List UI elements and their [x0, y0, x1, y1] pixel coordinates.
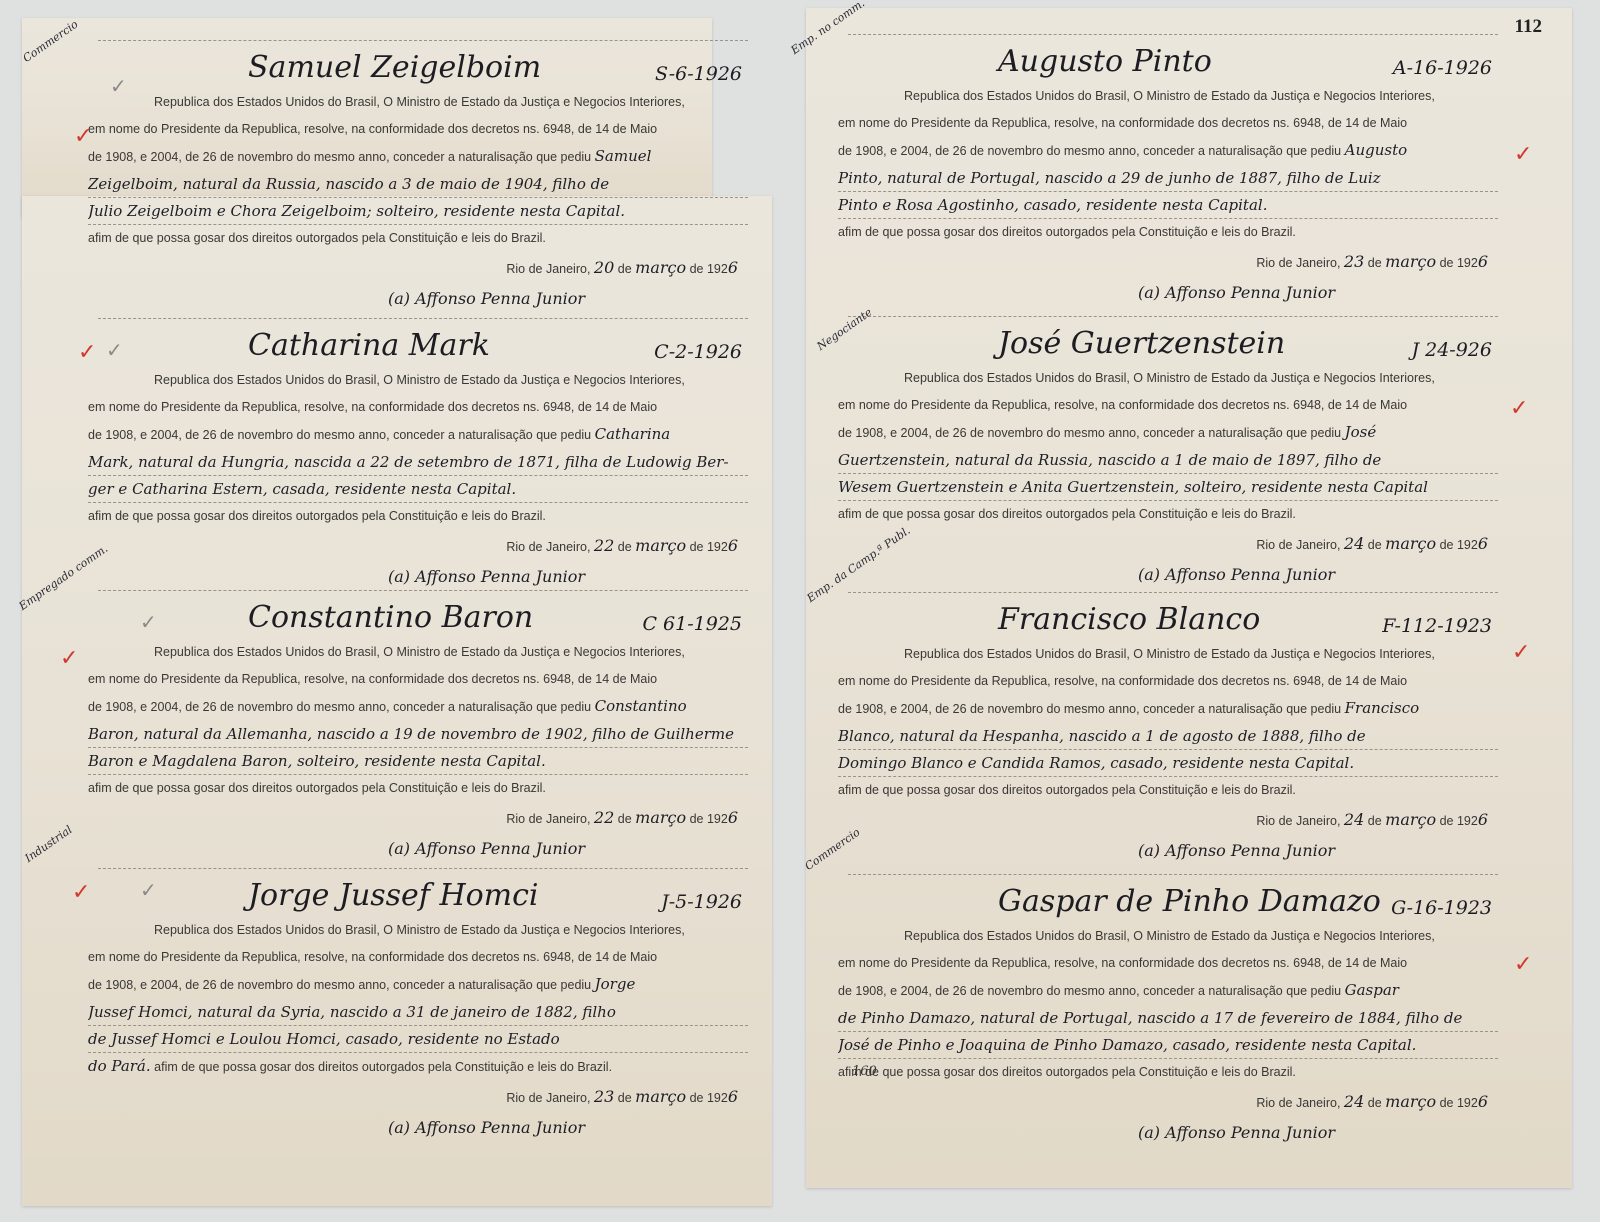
date-day: 24	[1344, 1092, 1364, 1111]
handwritten-details: Zeigelboim, natural da Russia, nascido a…	[88, 171, 748, 198]
decree-line-3: de 1908, e 2004, de 26 de novembro do me…	[88, 150, 591, 164]
handwritten-name: Catharina	[595, 425, 671, 443]
closing-line: afim de que possa gosar dos direitos out…	[88, 775, 748, 802]
red-check-icon: ✓	[1512, 640, 1530, 665]
file-code: A-16-1926	[1393, 57, 1492, 79]
decree-line-3: de 1908, e 2004, de 26 de novembro do me…	[838, 984, 1341, 998]
handwritten-details: de Pinho Damazo, natural de Portugal, na…	[838, 1005, 1498, 1032]
handwritten-name: Constantino	[595, 697, 687, 715]
decree-line-1: Republica dos Estados Unidos do Brasil, …	[88, 367, 748, 394]
red-check-icon: ✓	[74, 124, 92, 149]
handwritten-name: Jorge	[595, 975, 636, 993]
applicant-name: Samuel Zeigelboim	[248, 50, 541, 85]
closing-line: afim de que possa gosar dos direitos out…	[88, 503, 748, 530]
handwritten-details: Guertzenstein, natural da Russia, nascid…	[838, 447, 1498, 474]
date-line: Rio de Janeiro, 23 de março de 1926	[838, 248, 1498, 277]
decree-line-2: em nome do Presidente da Republica, reso…	[838, 110, 1498, 137]
decree-line-3: de 1908, e 2004, de 26 de novembro do me…	[838, 144, 1341, 158]
decree-line-2: em nome do Presidente da Republica, reso…	[88, 394, 748, 421]
signature: (a) Affonso Penna Junior	[388, 1114, 748, 1141]
pencil-check-icon: ✓	[140, 878, 157, 902]
signature: (a) Affonso Penna Junior	[1138, 279, 1498, 306]
file-code: J-5-1926	[661, 891, 742, 913]
applicant-name: Augusto Pinto	[998, 44, 1212, 79]
date-line: Rio de Janeiro, 22 de março de 1926	[88, 804, 748, 833]
applicant-name: Jorge Jussef Homci	[248, 878, 539, 913]
date-month: março	[1385, 534, 1436, 553]
closing-line: afim de que possa gosar dos direitos out…	[88, 225, 748, 252]
naturalization-entry: Gaspar de Pinho Damazo G-16-1923 Republi…	[838, 874, 1498, 1146]
handwritten-parents: Julio Zeigelboim e Chora Zeigelboim; sol…	[88, 198, 748, 225]
date-day: 22	[594, 808, 614, 827]
signature: (a) Affonso Penna Junior	[1138, 837, 1498, 864]
handwritten-parents: José de Pinho e Joaquina de Pinho Damazo…	[838, 1032, 1498, 1059]
handwritten-parents: Wesem Guertzenstein e Anita Guertzenstei…	[838, 474, 1498, 501]
date-month: março	[635, 536, 686, 555]
date-line: Rio de Janeiro, 23 de março de 1926	[88, 1083, 748, 1112]
applicant-name: José Guertzenstein	[998, 326, 1285, 361]
naturalization-entry: José Guertzenstein J 24-926 Republica do…	[838, 316, 1498, 588]
signature: (a) Affonso Penna Junior	[1138, 1119, 1498, 1146]
decree-line-2: em nome do Presidente da Republica, reso…	[838, 392, 1498, 419]
applicant-name: Catharina Mark	[248, 328, 490, 363]
date-month: março	[635, 258, 686, 277]
date-day: 23	[594, 1087, 614, 1106]
folio-stamp-number: 160	[852, 1064, 877, 1079]
signature: (a) Affonso Penna Junior	[388, 835, 748, 862]
decree-line-2: em nome do Presidente da Republica, reso…	[838, 950, 1498, 977]
red-check-icon: ✓	[1510, 396, 1528, 421]
file-code: C-2-1926	[654, 341, 742, 363]
signature: (a) Affonso Penna Junior	[388, 563, 748, 590]
date-month: março	[1385, 810, 1436, 829]
naturalization-entry: Francisco Blanco F-112-1923 Republica do…	[838, 592, 1498, 864]
decree-line-1: Republica dos Estados Unidos do Brasil, …	[88, 639, 748, 666]
date-line: Rio de Janeiro, 20 de março de 1926	[88, 254, 748, 283]
handwritten-parents: de Jussef Homci e Loulou Homci, casado, …	[88, 1026, 748, 1053]
handwritten-details: Pinto, natural de Portugal, nascido a 29…	[838, 165, 1498, 192]
date-month: março	[1385, 252, 1436, 271]
file-code: C 61-1925	[642, 613, 742, 635]
handwritten-name: Gaspar	[1345, 981, 1399, 999]
handwritten-name: Augusto	[1345, 141, 1408, 159]
decree-line-1: Republica dos Estados Unidos do Brasil, …	[838, 83, 1498, 110]
date-line: Rio de Janeiro, 24 de março de 1926	[838, 806, 1498, 835]
decree-line-3: de 1908, e 2004, de 26 de novembro do me…	[88, 978, 591, 992]
red-check-icon: ✓	[78, 340, 96, 365]
decree-line-3: de 1908, e 2004, de 26 de novembro do me…	[88, 700, 591, 714]
handwritten-parents: Pinto e Rosa Agostinho, casado, resident…	[838, 192, 1498, 219]
handwritten-name: Samuel	[595, 147, 652, 165]
pencil-check-icon: ✓	[106, 338, 123, 362]
decree-line-1: Republica dos Estados Unidos do Brasil, …	[88, 917, 748, 944]
closing-line: afim de que possa gosar dos direitos out…	[838, 219, 1498, 246]
decree-line-2: em nome do Presidente da Republica, reso…	[88, 116, 748, 143]
signature: (a) Affonso Penna Junior	[388, 285, 748, 312]
date-day: 24	[1344, 810, 1364, 829]
closing-line: afim de que possa gosar dos direitos out…	[838, 777, 1498, 804]
date-month: março	[635, 808, 686, 827]
closing-line: afim de que possa gosar dos direitos out…	[154, 1060, 612, 1074]
handwritten-name: José	[1345, 423, 1377, 441]
decree-line-1: Republica dos Estados Unidos do Brasil, …	[838, 365, 1498, 392]
decree-line-1: Republica dos Estados Unidos do Brasil, …	[88, 89, 748, 116]
handwritten-parents: Domingo Blanco e Candida Ramos, casado, …	[838, 750, 1498, 777]
red-check-icon: ✓	[1514, 142, 1532, 167]
handwritten-residence: do Pará.	[88, 1057, 151, 1075]
file-code: S-6-1926	[655, 63, 742, 85]
applicant-name: Gaspar de Pinho Damazo	[998, 884, 1381, 919]
file-code: J 24-926	[1411, 339, 1492, 361]
date-line: Rio de Janeiro, 22 de março de 1926	[88, 532, 748, 561]
decree-line-3: de 1908, e 2004, de 26 de novembro do me…	[88, 428, 591, 442]
date-day: 22	[594, 536, 614, 555]
naturalization-entry: Constantino Baron C 61-1925 Republica do…	[88, 590, 748, 862]
closing-line: afim de que possa gosar dos direitos out…	[838, 501, 1498, 528]
file-code: F-112-1923	[1382, 615, 1492, 637]
date-line: Rio de Janeiro, 24 de março de 1926	[838, 530, 1498, 559]
date-line: Rio de Janeiro, 24 de março de 1926	[838, 1088, 1498, 1117]
handwritten-details: Jussef Homci, natural da Syria, nascido …	[88, 999, 748, 1026]
applicant-name: Francisco Blanco	[998, 602, 1260, 637]
pencil-check-icon: ✓	[110, 74, 127, 98]
date-month: março	[1385, 1092, 1436, 1111]
date-month: março	[635, 1087, 686, 1106]
decree-line-3: de 1908, e 2004, de 26 de novembro do me…	[838, 702, 1341, 716]
date-day: 23	[1344, 252, 1364, 271]
handwritten-name: Francisco	[1345, 699, 1420, 717]
naturalization-entry: Samuel Zeigelboim S-6-1926 Republica dos…	[88, 40, 748, 312]
signature: (a) Affonso Penna Junior	[1138, 561, 1498, 588]
naturalization-entry: Augusto Pinto A-16-1926 Republica dos Es…	[838, 34, 1498, 306]
red-check-icon: ✓	[60, 646, 78, 671]
handwritten-parents: Baron e Magdalena Baron, solteiro, resid…	[88, 748, 748, 775]
date-day: 20	[594, 258, 614, 277]
decree-line-3: de 1908, e 2004, de 26 de novembro do me…	[838, 426, 1341, 440]
decree-line-2: em nome do Presidente da Republica, reso…	[88, 666, 748, 693]
decree-line-2: em nome do Presidente da Republica, reso…	[88, 944, 748, 971]
decree-line-1: Republica dos Estados Unidos do Brasil, …	[838, 923, 1498, 950]
red-check-icon: ✓	[1514, 952, 1532, 977]
decree-line-1: Republica dos Estados Unidos do Brasil, …	[838, 641, 1498, 668]
naturalization-entry: Jorge Jussef Homci J-5-1926 Republica do…	[88, 868, 748, 1141]
handwritten-parents: ger e Catharina Estern, casada, resident…	[88, 476, 748, 503]
naturalization-entry: Catharina Mark C-2-1926 Republica dos Es…	[88, 318, 748, 590]
handwritten-details: Blanco, natural da Hespanha, nascido a 1…	[838, 723, 1498, 750]
pencil-check-icon: ✓	[140, 610, 157, 634]
closing-line: afim de que possa gosar dos direitos out…	[838, 1059, 1498, 1086]
date-day: 24	[1344, 534, 1364, 553]
decree-line-2: em nome do Presidente da Republica, reso…	[838, 668, 1498, 695]
file-code: G-16-1923	[1391, 897, 1492, 919]
handwritten-details: Baron, natural da Allemanha, nascido a 1…	[88, 721, 748, 748]
handwritten-details: Mark, natural da Hungria, nascida a 22 d…	[88, 449, 748, 476]
applicant-name: Constantino Baron	[248, 600, 533, 635]
red-check-icon: ✓	[72, 880, 90, 905]
